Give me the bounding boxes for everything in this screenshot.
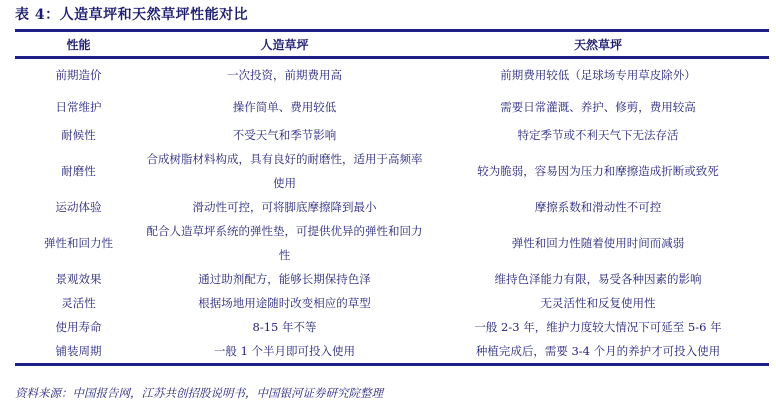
table-row: 耐候性 不受天气和季节影响 特定季节或不利天气下无法存活 <box>15 123 769 147</box>
feature-cell: 弹性和回力性 <box>15 219 142 267</box>
table-row: 景观效果 通过助剂配方，能够长期保持色泽 维持色泽能力有限，易受各种因素的影响 <box>15 267 769 291</box>
feature-cell: 铺装周期 <box>15 339 142 365</box>
table-header-row: 性能 人造草坪 天然草坪 <box>15 31 769 58</box>
artificial-cell: 根据场地用途随时改变相应的草型 <box>142 291 427 315</box>
feature-cell: 运动体验 <box>15 195 142 219</box>
table-row: 耐磨性 合成树脂材料构成，具有良好的耐磨性，适用于高频率使用 较为脆弱，容易因为… <box>15 147 769 195</box>
table-title: 表 4：人造草坪和天然草坪性能对比 <box>15 4 248 24</box>
natural-cell: 弹性和回力性随着使用时间而减弱 <box>427 219 769 267</box>
natural-cell: 较为脆弱，容易因为压力和摩擦造成折断或致死 <box>427 147 769 195</box>
table-row: 使用寿命 8-15 年不等 一般 2-3 年，维护力度较大情况下可延至 5-6 … <box>15 315 769 339</box>
table-row: 弹性和回力性 配合人造草坪系统的弹性垫，可提供优异的弹性和回力性 弹性和回力性随… <box>15 219 769 267</box>
natural-cell: 摩擦系数和滑动性不可控 <box>427 195 769 219</box>
feature-cell: 日常维护 <box>15 91 142 123</box>
artificial-cell: 通过助剂配方，能够长期保持色泽 <box>142 267 427 291</box>
comparison-table: 性能 人造草坪 天然草坪 前期造价 一次投资，前期费用高 前期费用较低（足球场专… <box>15 29 769 366</box>
natural-cell: 种植完成后，需要 3-4 个月的养护才可投入使用 <box>427 339 769 365</box>
artificial-cell: 8-15 年不等 <box>142 315 427 339</box>
table-row: 灵活性 根据场地用途随时改变相应的草型 无灵活性和反复使用性 <box>15 291 769 315</box>
artificial-cell: 配合人造草坪系统的弹性垫，可提供优异的弹性和回力性 <box>142 219 427 267</box>
natural-cell: 一般 2-3 年，维护力度较大情况下可延至 5-6 年 <box>427 315 769 339</box>
table-row: 前期造价 一次投资，前期费用高 前期费用较低（足球场专用草皮除外） <box>15 58 769 92</box>
feature-cell: 前期造价 <box>15 58 142 92</box>
natural-cell: 无灵活性和反复使用性 <box>427 291 769 315</box>
natural-cell: 前期费用较低（足球场专用草皮除外） <box>427 58 769 92</box>
header-artificial-turf: 人造草坪 <box>142 31 427 58</box>
natural-cell: 特定季节或不利天气下无法存活 <box>427 123 769 147</box>
feature-cell: 景观效果 <box>15 267 142 291</box>
natural-cell: 维持色泽能力有限，易受各种因素的影响 <box>427 267 769 291</box>
feature-cell: 灵活性 <box>15 291 142 315</box>
artificial-cell: 合成树脂材料构成，具有良好的耐磨性，适用于高频率使用 <box>142 147 427 195</box>
header-feature: 性能 <box>15 31 142 58</box>
table-row: 铺装周期 一般 1 个半月即可投入使用 种植完成后，需要 3-4 个月的养护才可… <box>15 339 769 365</box>
artificial-cell: 一次投资，前期费用高 <box>142 58 427 92</box>
feature-cell: 耐磨性 <box>15 147 142 195</box>
artificial-cell: 滑动性可控，可将脚底摩擦降到最小 <box>142 195 427 219</box>
source-note: 资料来源：中国报告网，江苏共创招股说明书，中国银河证券研究院整理 <box>15 385 383 401</box>
artificial-cell: 一般 1 个半月即可投入使用 <box>142 339 427 365</box>
table-row: 日常维护 操作简单、费用较低 需要日常灌溉、养护、修剪，费用较高 <box>15 91 769 123</box>
table-row: 运动体验 滑动性可控，可将脚底摩擦降到最小 摩擦系数和滑动性不可控 <box>15 195 769 219</box>
artificial-cell: 不受天气和季节影响 <box>142 123 427 147</box>
feature-cell: 耐候性 <box>15 123 142 147</box>
comparison-table-container: 性能 人造草坪 天然草坪 前期造价 一次投资，前期费用高 前期费用较低（足球场专… <box>15 29 769 366</box>
header-natural-turf: 天然草坪 <box>427 31 769 58</box>
feature-cell: 使用寿命 <box>15 315 142 339</box>
natural-cell: 需要日常灌溉、养护、修剪，费用较高 <box>427 91 769 123</box>
artificial-cell: 操作简单、费用较低 <box>142 91 427 123</box>
